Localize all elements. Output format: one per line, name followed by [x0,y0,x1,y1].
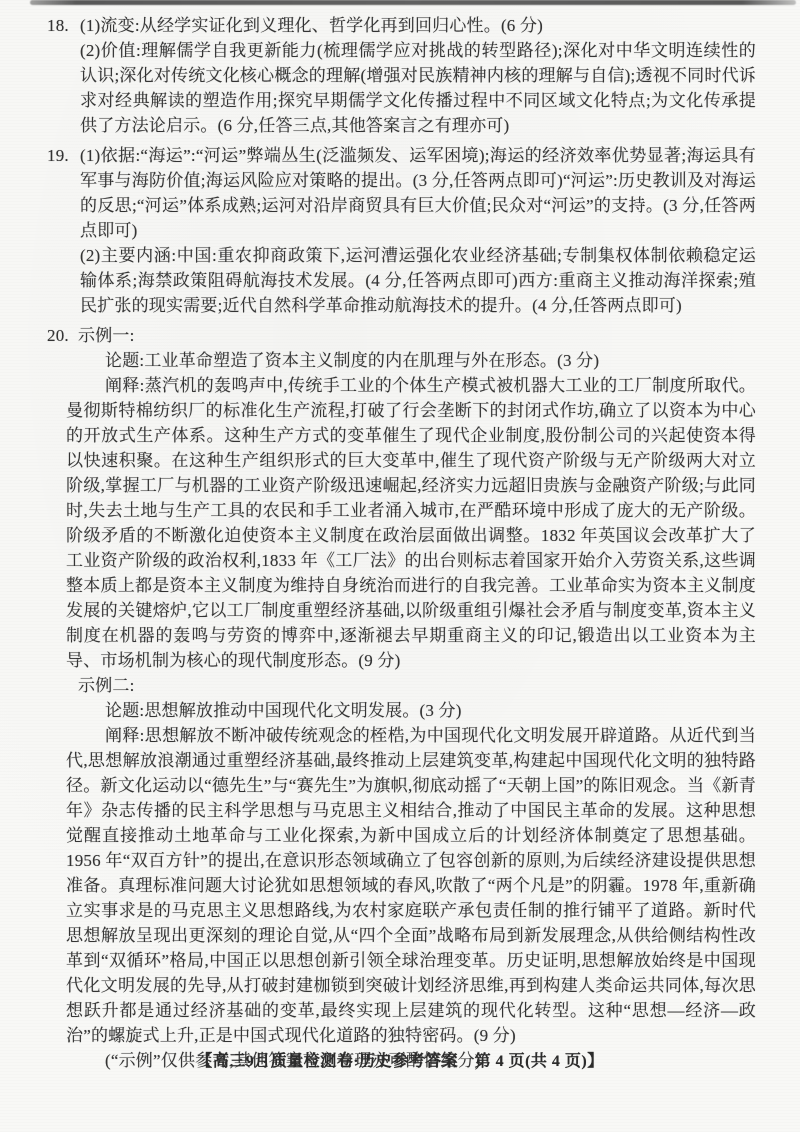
question-18-number: 18. [47,13,69,38]
question-19-answer: 19. (1)依据:“海运”:“河运”弊端丛生(泛滥频发、运军困境);海运的经济… [0,143,800,318]
scanned-answer-page: 18. (1)流变:从经学实证化到义理化、哲学化再到回归心性。(6 分) (2)… [0,0,800,1132]
question-18-body: (1)流变:从经学实证化到义理化、哲学化再到回归心性。(6 分) (2)价值:理… [80,13,756,138]
question-20-body: 示例一: 论题:工业革命塑造了资本主义制度的内在肌理与外在形态。(3 分) 阐释… [66,323,756,1073]
answers-content: 18. (1)流变:从经学实证化到义理化、哲学化再到回归心性。(6 分) (2)… [0,13,800,1073]
example-2-label: 示例二: [66,673,756,698]
answer-paragraph-19-1: (1)依据:“海运”:“河运”弊端丛生(泛滥频发、运军困境);海运的经济效率优势… [80,143,756,243]
question-19-body: (1)依据:“海运”:“河运”弊端丛生(泛滥频发、运军困境);海运的经济效率优势… [80,143,756,318]
example-2-explanation: 阐释:思想解放不断冲破传统观念的桎梏,为中国现代化文明发展开辟道路。从近代到当代… [66,723,756,1048]
example-1-explanation: 阐释:蒸汽机的轰鸣声中,传统手工业的个体生产模式被机器大工业的工厂制度所取代。曼… [66,373,756,673]
example-1-label: 示例一: [66,323,756,348]
question-20-number: 20. [47,323,69,348]
answer-paragraph-19-2: (2)主要内涵:中国:重农抑商政策下,运河漕运强化农业经济基础;专制集权体制依赖… [80,243,756,318]
question-18-answer: 18. (1)流变:从经学实证化到义理化、哲学化再到回归心性。(6 分) (2)… [0,13,800,138]
answer-paragraph-18-2: (2)价值:理解儒学自我更新能力(梳理儒学应对挑战的转型路径);深化对中华文明连… [80,38,756,138]
question-19-number: 19. [47,143,69,168]
answer-paragraph-18-1: (1)流变:从经学实证化到义理化、哲学化再到回归心性。(6 分) [80,13,756,38]
example-2-thesis: 论题:思想解放推动中国现代化文明发展。(3 分) [66,698,756,723]
question-20-answer: 20. 示例一: 论题:工业革命塑造了资本主义制度的内在肌理与外在形态。(3 分… [0,323,800,1073]
page-footer: 【高三9月质量检测卷·历史参考答案 第 4 页(共 4 页)】 [0,1048,800,1071]
example-1-thesis: 论题:工业革命塑造了资本主义制度的内在肌理与外在形态。(3 分) [66,348,756,373]
scan-artifact-bar [30,0,796,5]
